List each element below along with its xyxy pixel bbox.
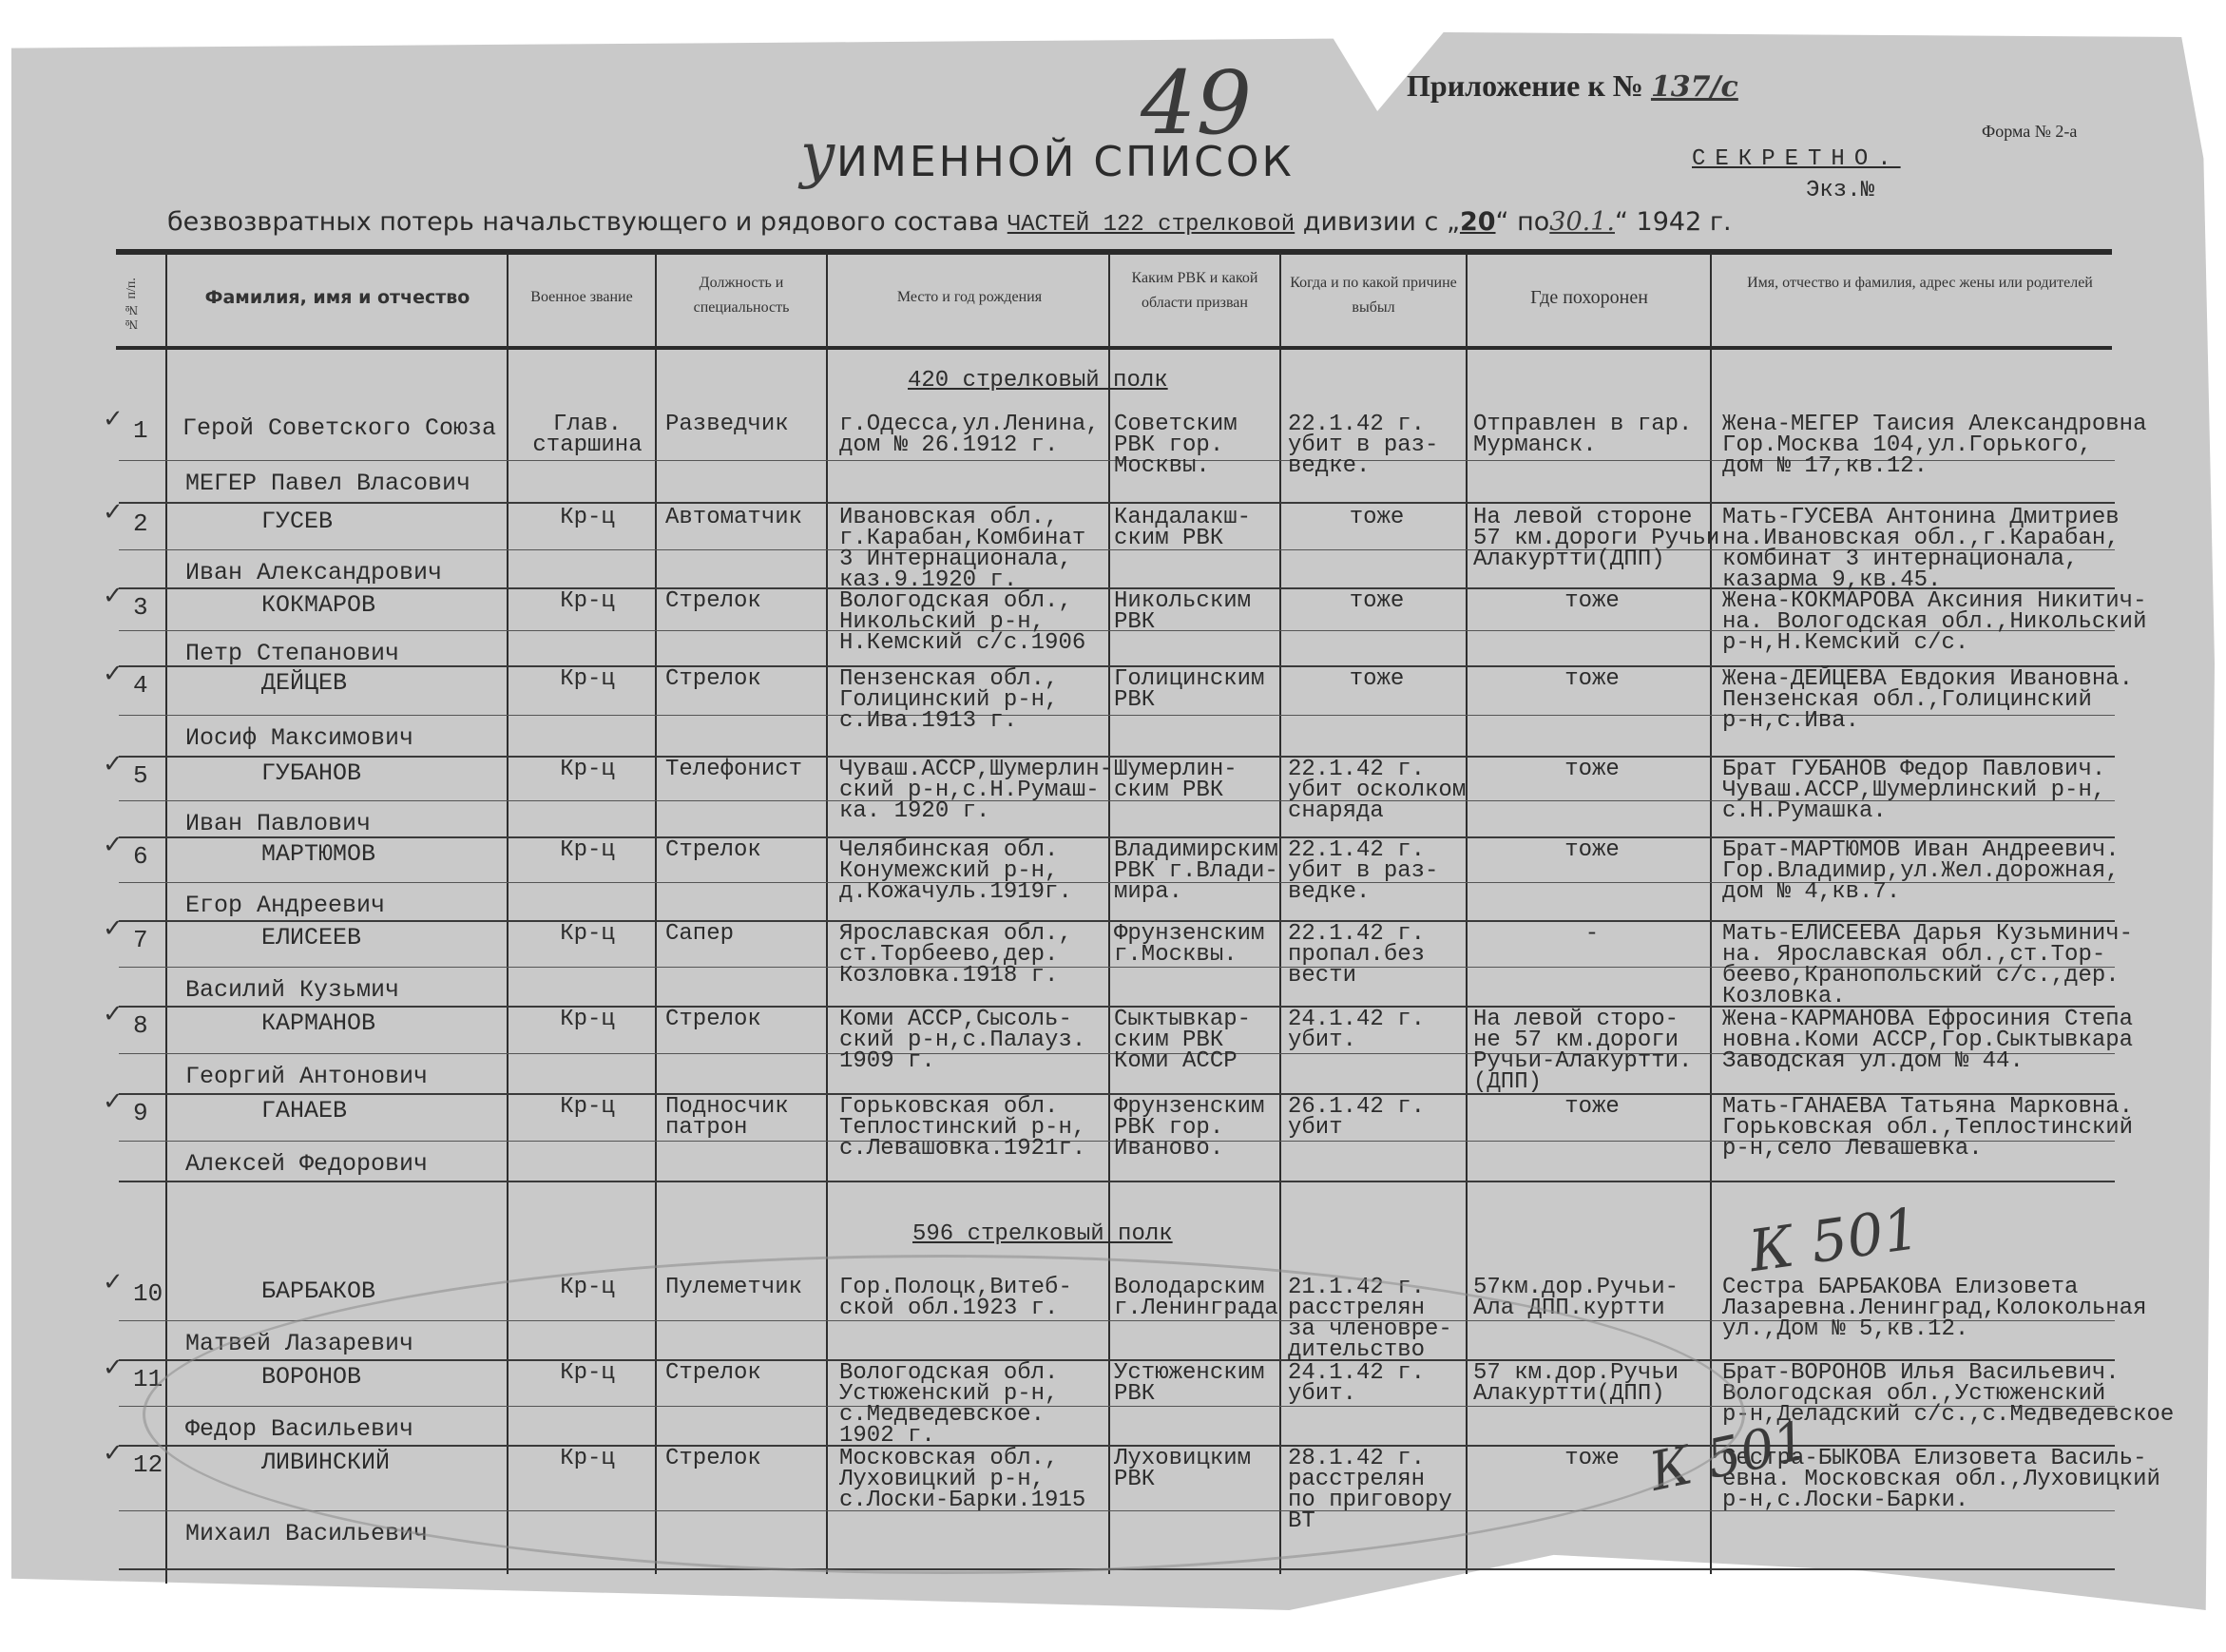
cell-rvk: Голицинским РВК — [1114, 669, 1280, 711]
row-number: 3 — [133, 597, 148, 618]
cell-rank: Кр-ц — [521, 591, 654, 612]
classification-stamp: СЕКРЕТНО. — [1692, 149, 1901, 170]
cell-rvk: Фрунзенским г.Москвы. — [1114, 924, 1280, 966]
header-buried: Где похоронен — [1471, 285, 1707, 310]
cell-relative: Брат-МАРТЮМОВ Иван Андреевич. Гор.Владим… — [1722, 840, 2121, 903]
cell-rvk: Фрунзенским РВК гор. Иваново. — [1114, 1097, 1280, 1160]
given-name-patronymic: Георгий Антонович — [185, 1066, 428, 1087]
cell-buried: - — [1473, 924, 1711, 945]
given-name-patronymic: Алексей Федорович — [185, 1154, 428, 1175]
form-label: Форма № 2-а — [1982, 122, 2077, 142]
row-bottom-line — [119, 1181, 2115, 1182]
cell-position: Стрелок — [665, 1009, 825, 1030]
cell-relative: Жена-КОКМАРОВА Аксиния Никитич- на. Воло… — [1722, 591, 2121, 654]
cell-rvk: Советским РВК гор. Москвы. — [1114, 414, 1280, 477]
check-mark-icon: ✓ — [103, 1087, 124, 1116]
surname: ЕЛИСЕЕВ — [261, 928, 361, 949]
cell-rvk: Никольским РВК — [1114, 591, 1280, 633]
surname: ГАНАЕВ — [261, 1101, 347, 1122]
cell-rvk: Шумерлин- ским РВК — [1114, 759, 1280, 801]
cell-when: тоже — [1288, 508, 1466, 528]
cell-when: 24.1.42 г. убит. — [1288, 1009, 1466, 1051]
row-number: 1 — [133, 420, 148, 441]
cell-buried: На левой стороне 57 км.дороги Ручьи Алак… — [1473, 508, 1711, 570]
cell-buried: На левой сторо- не 57 км.дороги Ручьи-Ал… — [1473, 1009, 1711, 1093]
cell-position: Сапер — [665, 924, 825, 945]
cell-position: Подносчик патрон — [665, 1097, 825, 1139]
header-relative: Имя, отчество и фамилия, адрес жены или … — [1739, 271, 2101, 296]
cell-buried: тоже — [1473, 669, 1711, 690]
given-name-patronymic: МЕГЕР Павел Власович — [185, 473, 470, 494]
year: 1942 — [1637, 207, 1702, 237]
cell-relative: Жена-МЕГЕР Таисия Александровна Гор.Моск… — [1722, 414, 2121, 477]
cell-when: 22.1.42 г. убит в раз- ведке. — [1288, 840, 1466, 903]
cell-relative: Жена-КАРМАНОВА Ефросиния Степа новна.Ком… — [1722, 1009, 2121, 1072]
surname: ДЕЙЦЕВ — [261, 673, 347, 694]
check-mark-icon: ✓ — [103, 831, 124, 859]
surname: КОКМАРОВ — [261, 595, 375, 616]
check-mark-icon: ✓ — [103, 498, 124, 527]
cell-rank: Кр-ц — [521, 924, 654, 945]
row-bottom-line — [119, 502, 2115, 504]
row-number: 5 — [133, 765, 148, 786]
cell-rank: Кр-ц — [521, 508, 654, 528]
header-birth: Место и год рождения — [836, 285, 1103, 310]
cell-buried: тоже — [1473, 1097, 1711, 1118]
cell-rank: Глав. старшина — [521, 414, 654, 456]
cell-when: 22.1.42 г. убит осколком снаряда — [1288, 759, 1466, 822]
cell-birth: Пензенская обл., Голицинский р-н, с.Ива.… — [839, 669, 1108, 732]
check-mark-icon: ✓ — [103, 1439, 124, 1468]
cell-position: Автоматчик — [665, 508, 825, 528]
row-number: 8 — [133, 1015, 148, 1036]
row-number: 4 — [133, 675, 148, 696]
cell-birth: Коми АССР,Сысоль- ский р-н,с.Палауз. 190… — [839, 1009, 1108, 1072]
cell-relative: Мать-ГУСЕВА Антонина Дмитриев на.Ивановс… — [1722, 508, 2121, 591]
row-number: 10 — [133, 1283, 163, 1304]
given-name-patronymic: Егор Андреевич — [185, 895, 385, 916]
given-name-patronymic: Василий Кузьмич — [185, 980, 399, 1001]
header-name: Фамилия, имя и отчество — [171, 285, 504, 310]
appendix-number: 137/с — [1651, 70, 1738, 104]
cell-when: 22.1.42 г. пропал.без вести — [1288, 924, 1466, 987]
row-number: 6 — [133, 846, 148, 867]
header-rank: Военное звание — [509, 285, 654, 310]
header-bottom-border — [116, 346, 2112, 350]
header-rvk: Каким РВК и какой области призван — [1114, 266, 1276, 316]
appendix-label: Приложение к № 137/с — [1407, 68, 1738, 104]
cell-relative: Сестра БАРБАКОВА Елизовета Лазаревна.Лен… — [1722, 1277, 2121, 1340]
surname: ГУСЕВ — [261, 511, 333, 532]
cell-birth: Вологодская обл., Никольский р-н, Н.Кемс… — [839, 591, 1108, 654]
cell-rank: Кр-ц — [521, 1009, 654, 1030]
cell-birth: Чуваш.АССР,Шумерлин- ский р-н,с.Н.Румаш-… — [839, 759, 1108, 822]
cell-rvk: Кандалакш- ским РВК — [1114, 508, 1280, 549]
date-to: 30.1. — [1549, 207, 1615, 237]
unit-name: ЧАСТЕЙ 122 стрелковой — [1007, 212, 1295, 238]
row-number: 2 — [133, 513, 148, 534]
surname: ГУБАНОВ — [261, 763, 361, 784]
cell-buried: тоже — [1473, 591, 1711, 612]
cell-birth: Ярославская обл., ст.Торбеево,дер. Козло… — [839, 924, 1108, 987]
cell-relative: Брат ГУБАНОВ Федор Павлович. Чуваш.АССР,… — [1722, 759, 2121, 822]
check-mark-icon: ✓ — [103, 660, 124, 688]
given-name-patronymic: Петр Степанович — [185, 644, 399, 664]
regiment-heading-596: 596 стрелковый полк — [912, 1224, 1173, 1245]
cell-when: тоже — [1288, 591, 1466, 612]
header-number: №№ п/п. — [120, 266, 165, 342]
table-top-border — [116, 249, 2112, 255]
cell-position: Стрелок — [665, 669, 825, 690]
surname: БАРБАКОВ — [261, 1281, 375, 1302]
cell-rank: Кр-ц — [521, 1097, 654, 1118]
cell-relative: Мать-ГАНАЕВА Татьяна Марковна. Горьковск… — [1722, 1097, 2121, 1160]
check-mark-icon: ✓ — [103, 1354, 124, 1382]
row-number: 9 — [133, 1103, 148, 1124]
cell-buried: тоже — [1473, 759, 1711, 780]
given-name-patronymic: Иосиф Максимович — [185, 728, 413, 749]
cell-rvk: Сыктывкар- ским РВК Коми АССР — [1114, 1009, 1280, 1072]
cell-position: Стрелок — [665, 591, 825, 612]
given-name-patronymic: Иван Павлович — [185, 814, 371, 835]
given-name-patronymic: Иван Александрович — [185, 563, 442, 584]
cell-when: тоже — [1288, 669, 1466, 690]
page-title: у ИМЕННОЙ СПИСОК — [836, 138, 1295, 186]
surname: МАРТЮМОВ — [261, 844, 375, 865]
check-mark-icon: ✓ — [103, 405, 124, 433]
page-subtitle: безвозвратных потерь начальствующего и р… — [167, 207, 1732, 237]
cell-relative: Мать-ЕЛИСЕЕВА Дарья Кузьминич- на. Яросл… — [1722, 924, 2121, 1008]
cell-buried: Отправлен в гар. Мурманск. — [1473, 414, 1711, 456]
regiment-heading-420: 420 стрелковый полк — [908, 371, 1168, 392]
surname: Герой Советского Союза — [182, 418, 496, 439]
row-number: 7 — [133, 930, 148, 951]
cell-when: 22.1.42 г. убит в раз- ведке. — [1288, 414, 1466, 477]
cell-rank: Кр-ц — [521, 759, 654, 780]
copy-label: Экз.№ — [1806, 181, 1874, 202]
check-mark-icon: ✓ — [103, 914, 124, 943]
cell-birth: Горьковская обл. Теплостинский р-н, с.Ле… — [839, 1097, 1108, 1160]
cell-rvk: Владимирским РВК г.Влади- мира. — [1114, 840, 1280, 903]
row-number: 12 — [133, 1454, 163, 1475]
cell-position: Разведчик — [665, 414, 825, 435]
cell-position: Телефонист — [665, 759, 825, 780]
cell-relative: Жена-ДЕЙЦЕВА Евдокия Ивановна. Пензенска… — [1722, 669, 2121, 732]
surname: КАРМАНОВ — [261, 1013, 375, 1034]
header-when: Когда и по какой причине выбыл — [1285, 271, 1462, 320]
cell-rank: Кр-ц — [521, 669, 654, 690]
header-position: Должность и специальность — [661, 271, 822, 320]
check-mark-icon: ✓ — [103, 582, 124, 610]
check-mark-icon: ✓ — [103, 1268, 124, 1297]
cell-birth: Ивановская обл., г.Карабан,Комбинат 3 Ин… — [839, 508, 1108, 591]
check-mark-icon: ✓ — [103, 1000, 124, 1028]
cell-rank: Кр-ц — [521, 840, 654, 861]
date-from: 20 — [1460, 207, 1496, 237]
cell-birth: г.Одесса,ул.Ленина, дом № 26.1912 г. — [839, 414, 1108, 456]
cell-when: 26.1.42 г. убит — [1288, 1097, 1466, 1139]
check-mark-icon: ✓ — [103, 750, 124, 778]
cell-birth: Челябинская обл. Конумежский р-н, д.Кожа… — [839, 840, 1108, 903]
cell-buried: тоже — [1473, 840, 1711, 861]
pencil-circle-mark — [143, 1255, 1745, 1574]
cell-position: Стрелок — [665, 840, 825, 861]
